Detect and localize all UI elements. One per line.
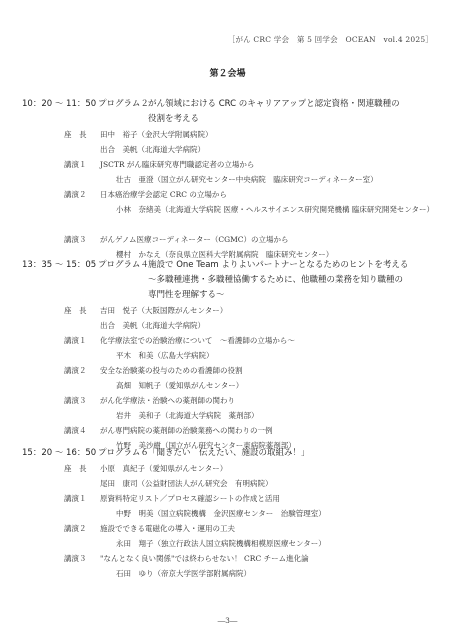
- speaker-row: 壮古 亜澄（国立がん研究センター中央病院 臨床研究コーディネーター室）: [0, 172, 455, 187]
- lecture-title: がん化学療法・治験への薬剤師の関わり: [100, 393, 235, 408]
- program-4: 13：35 ～ 15：05 プログラム４ 施設で One Team よりよいパー…: [0, 258, 455, 453]
- page-number: ―3―: [0, 616, 455, 625]
- chair-label: 座 長: [64, 127, 87, 142]
- program-time: 15：20 ～ 16：50: [22, 446, 96, 458]
- lecture-title: 安全な治験薬の投与のための看護師の役割: [100, 363, 243, 378]
- lecture-label: 講演１: [64, 333, 87, 348]
- program-title: がん領域における CRC のキャリアアップと認定資格・関連職種の 役割を考える: [148, 97, 438, 127]
- lecture-title: がん専門病院の薬剤師の治験業務への関わりの一例: [100, 423, 273, 438]
- lecture-label: 講演２: [64, 363, 87, 378]
- lecture-row: 講演１ 化学療法室での治験治療について ～看護師の立場から～: [0, 333, 455, 348]
- program-label: プログラム６: [98, 446, 149, 458]
- lecture-speaker: 中野 明美（国立病院機構 金沢医療センター 治験管理室）: [116, 506, 326, 521]
- program-time: 13：35 ～ 15：05: [22, 258, 96, 270]
- chair-row: 出合 美帆（北海道大学病院）: [0, 318, 455, 333]
- lecture-label: 講演４: [64, 423, 87, 438]
- lecture-speaker: 壮古 亜澄（国立がん研究センター中央病院 臨床研究コーディネーター室）: [116, 172, 378, 187]
- speaker-row: 岩井 美和子（北海道大学病院 薬剤部）: [0, 408, 455, 423]
- lecture-title: 施設でできる電磁化の導入・運用の工夫: [100, 521, 235, 536]
- lecture-title: 日本癌治療学会認定 CRC の立場から: [100, 187, 227, 202]
- program-title: 「聞きたい 伝えたい、施設の取組み！」: [148, 446, 438, 461]
- lecture-label: 講演３: [64, 393, 87, 408]
- program-title: 施設で One Team よりよいパートナーとなるためのヒントを考える ～多職種…: [148, 258, 438, 303]
- speaker-row: 小林 奈緒美（北海道大学病院 医療・ヘルスサイエンス研究開発機構 臨床研究開発セ…: [0, 202, 455, 232]
- chair-row: 出合 美帆（北海道大学病院）: [0, 142, 455, 157]
- lecture-speaker: 高畑 知帆子（愛知県がんセンター）: [116, 378, 243, 393]
- chair-name: 尾田 康司（公益財団法人がん研究会 有明病院）: [100, 476, 273, 491]
- lecture-speaker: 石田 ゆり（帝京大学医学部附属病院）: [116, 566, 251, 581]
- lecture-row: 講演２ 安全な治験薬の投与のための看護師の役割: [0, 363, 455, 378]
- speaker-row: 永田 翔子（独立行政法人国立病院機構相模原医療センター）: [0, 536, 455, 551]
- lecture-title: 原資料特定リスト／プロセス確認シートの作成と活用: [100, 491, 280, 506]
- chair-row: 尾田 康司（公益財団法人がん研究会 有明病院）: [0, 476, 455, 491]
- lecture-row: 講演３ "なんとなく良い関係"では終わらせない！ CRC チーム進化論: [0, 551, 455, 566]
- program-time: 10：20 ～ 11：50: [22, 97, 96, 109]
- lecture-row: 講演２ 施設でできる電磁化の導入・運用の工夫: [0, 521, 455, 536]
- chair-label: 座 長: [64, 303, 87, 318]
- lecture-label: 講演２: [64, 187, 87, 202]
- lecture-title: JSCTR がん臨床研究専門職認定者の立場から: [100, 157, 254, 172]
- lecture-label: 講演１: [64, 157, 87, 172]
- lecture-row: 講演２ 日本癌治療学会認定 CRC の立場から: [0, 187, 455, 202]
- chair-name: 田中 裕子（金沢大学附属病院）: [100, 127, 213, 142]
- chair-row: 座 長 吉田 悦子（大阪国際がんセンター）: [0, 303, 455, 318]
- lecture-label: 講演３: [64, 551, 87, 566]
- lecture-label: 講演１: [64, 491, 87, 506]
- lecture-title: がんゲノム医療コーディネーター（CGMC）の立場から: [100, 232, 289, 247]
- speaker-row: 石田 ゆり（帝京大学医学部附属病院）: [0, 566, 455, 581]
- lecture-label: 講演２: [64, 521, 87, 536]
- chair-name: 小原 真紀子（愛知県がんセンター）: [100, 461, 227, 476]
- lecture-speaker: 永田 翔子（独立行政法人国立病院機構相模原医療センター）: [116, 536, 326, 551]
- lecture-speaker: 平木 和美（広島大学病院）: [116, 348, 214, 363]
- lecture-row: 講演１ 原資料特定リスト／プロセス確認シートの作成と活用: [0, 491, 455, 506]
- speaker-row: 中野 明美（国立病院機構 金沢医療センター 治験管理室）: [0, 506, 455, 521]
- program-2: 10：20 ～ 11：50 プログラム２ がん領域における CRC のキャリアア…: [0, 97, 455, 262]
- lecture-row: 講演４ がん専門病院の薬剤師の治験業務への関わりの一例: [0, 423, 455, 438]
- lecture-row: 講演１ JSCTR がん臨床研究専門職認定者の立場から: [0, 157, 455, 172]
- chair-name: 出合 美帆（北海道大学病院）: [100, 318, 205, 333]
- chair-name: 出合 美帆（北海道大学病院）: [100, 142, 205, 157]
- lecture-speaker: 小林 奈緒美（北海道大学病院 医療・ヘルスサイエンス研究開発機構 臨床研究開発セ…: [116, 202, 436, 217]
- lecture-speaker: 岩井 美和子（北海道大学病院 薬剤部）: [116, 408, 259, 423]
- speaker-row: 高畑 知帆子（愛知県がんセンター）: [0, 378, 455, 393]
- program-label: プログラム２: [98, 97, 149, 109]
- room-title: 第２会場: [0, 66, 455, 79]
- program-label: プログラム４: [98, 258, 149, 270]
- chair-label: 座 長: [64, 461, 87, 476]
- lecture-row: 講演３ がん化学療法・治験への薬剤師の関わり: [0, 393, 455, 408]
- speaker-row: 平木 和美（広島大学病院）: [0, 348, 455, 363]
- chair-name: 吉田 悦子（大阪国際がんセンター）: [100, 303, 227, 318]
- lecture-label: 講演３: [64, 232, 87, 247]
- lecture-title: "なんとなく良い関係"では終わらせない！ CRC チーム進化論: [100, 551, 309, 566]
- chair-row: 座 長 小原 真紀子（愛知県がんセンター）: [0, 461, 455, 476]
- chair-row: 座 長 田中 裕子（金沢大学附属病院）: [0, 127, 455, 142]
- lecture-row: 講演３ がんゲノム医療コーディネーター（CGMC）の立場から: [0, 232, 455, 247]
- journal-header-note: ［がん CRC 学会 第 5 回学会 OCEAN vol.4 2025］: [228, 34, 433, 45]
- lecture-title: 化学療法室での治験治療について ～看護師の立場から～: [100, 333, 295, 348]
- program-6: 15：20 ～ 16：50 プログラム６ 「聞きたい 伝えたい、施設の取組み！」…: [0, 446, 455, 581]
